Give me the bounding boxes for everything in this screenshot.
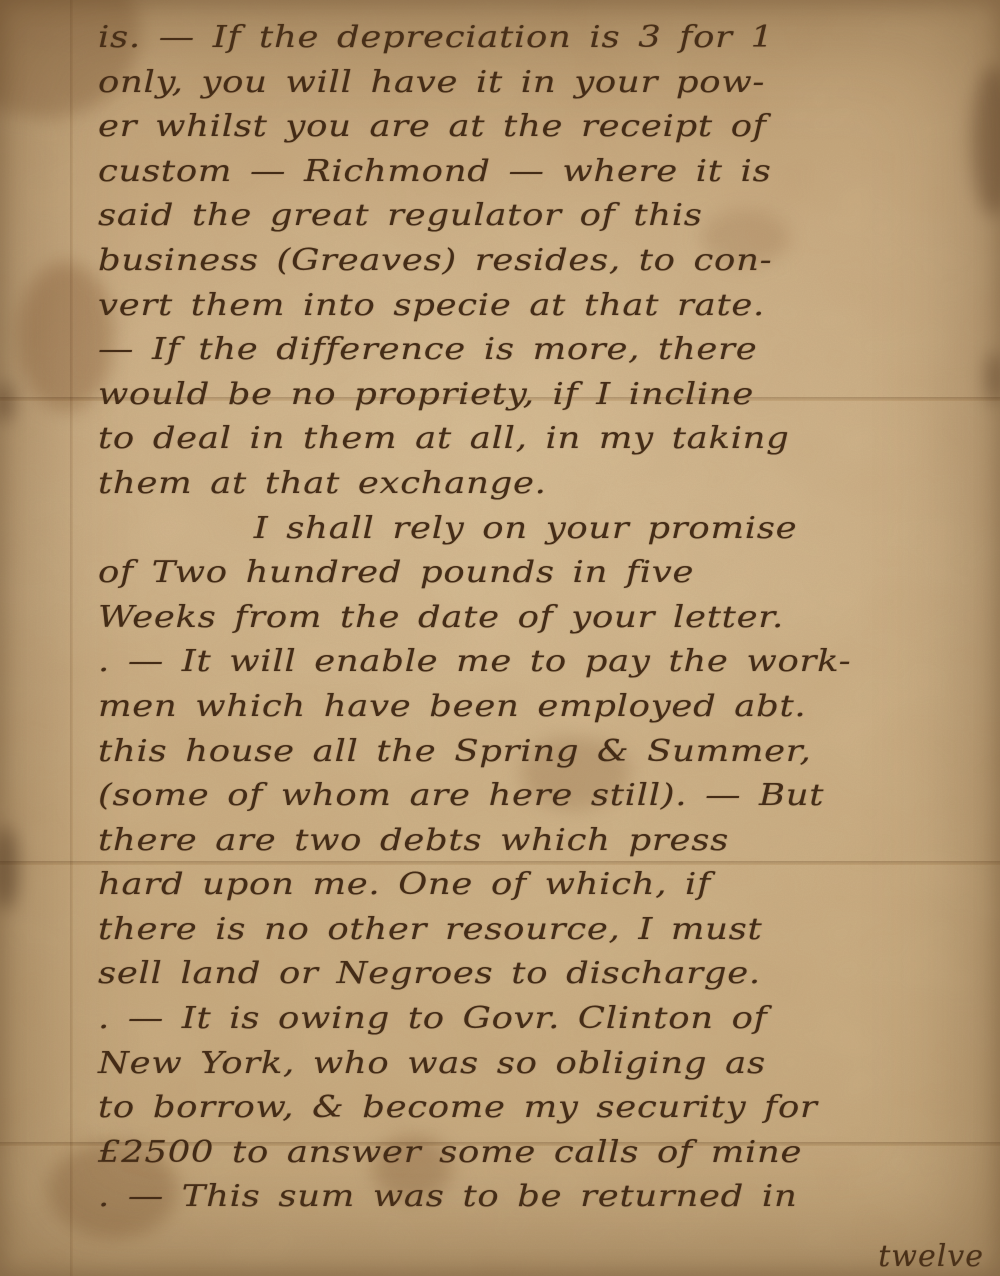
letter-line: sell land or Negroes to discharge. <box>98 952 1000 997</box>
manuscript-page: is. — If the depreciation is 3 for 1 onl… <box>0 0 1000 1276</box>
letter-line: would be no propriety, if I incline <box>98 373 1000 418</box>
letter-line: custom — Richmond — where it is <box>98 150 1000 195</box>
letter-line: to deal in them at all, in my taking <box>98 417 1000 462</box>
catchword: twelve <box>878 1239 984 1274</box>
letter-line: them at that exchange. <box>98 462 1000 507</box>
letter-line: there is no other resource, I must <box>98 908 1000 953</box>
letter-line: er whilst you are at the receipt of <box>98 105 1000 150</box>
letter-line: New York, who was so obliging as <box>98 1042 1000 1087</box>
edge-tear-mark <box>0 826 18 910</box>
letter-line: of Two hundred pounds in five <box>98 551 1000 596</box>
letter-line: £2500 to answer some calls of mine <box>98 1131 1000 1176</box>
letter-line: Weeks from the date of your letter. <box>98 596 1000 641</box>
letter-line: this house all the Spring & Summer, <box>98 730 1000 775</box>
letter-line: . — It is owing to Govr. Clinton of <box>98 997 1000 1042</box>
letter-line: . — This sum was to be returned in <box>98 1175 1000 1220</box>
letter-line: is. — If the depreciation is 3 for 1 <box>98 16 1000 61</box>
fold-crease-vertical <box>70 0 73 1276</box>
edge-tear-mark <box>0 382 14 422</box>
letter-line: said the great regulator of this <box>98 194 1000 239</box>
letter-body: is. — If the depreciation is 3 for 1 onl… <box>98 16 1000 1220</box>
letter-line: vert them into specie at that rate. <box>98 284 1000 329</box>
letter-line: only, you will have it in your pow- <box>98 61 1000 106</box>
letter-line: (some of whom are here still). — But <box>98 774 1000 819</box>
letter-line: . — It will enable me to pay the work- <box>98 640 1000 685</box>
letter-line: men which have been employed abt. <box>98 685 1000 730</box>
letter-line: to borrow, & become my security for <box>98 1086 1000 1131</box>
letter-line: there are two debts which press <box>98 819 1000 864</box>
letter-line-paragraph-start: I shall rely on your promise <box>98 507 1000 552</box>
letter-line: — If the difference is more, there <box>98 328 1000 373</box>
letter-line: business (Greaves) resides, to con- <box>98 239 1000 284</box>
letter-line: hard upon me. One of which, if <box>98 863 1000 908</box>
